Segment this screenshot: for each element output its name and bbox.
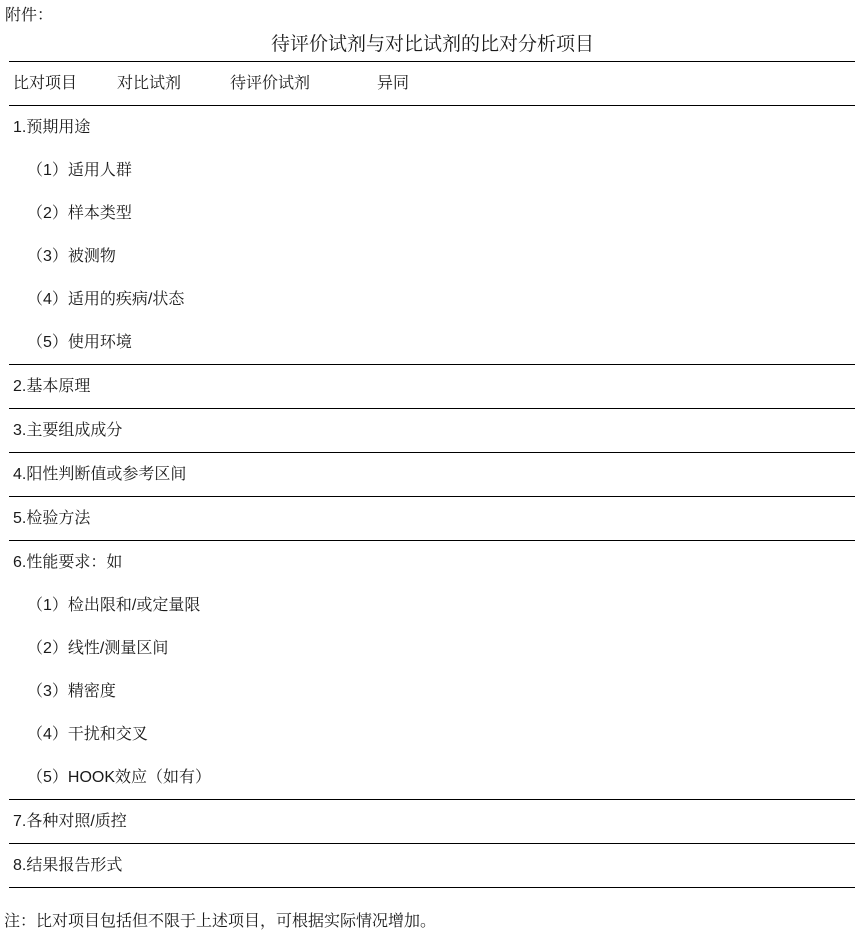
column-header-difference: 异同 — [377, 62, 409, 105]
column-header-comparison-item: 比对项目 — [13, 62, 77, 105]
table-row: 2.基本原理 — [9, 365, 855, 409]
row-subitem-label: （1）检出限和/或定量限 — [9, 584, 855, 627]
row-subitem-label: （5）HOOK效应（如有） — [9, 756, 855, 799]
row-item-label: 6.性能要求：如 — [9, 541, 855, 584]
table-header-row: 比对项目 对比试剂 待评价试剂 异同 — [9, 62, 855, 106]
row-subitem-label: （4）干扰和交叉 — [9, 713, 855, 756]
document-page: 附件： 待评价试剂与对比试剂的比对分析项目 比对项目 对比试剂 待评价试剂 异同… — [0, 0, 865, 949]
row-subitem-label: （5）使用环境 — [9, 321, 855, 364]
row-subitem-label: （3）精密度 — [9, 670, 855, 713]
comparison-table: 比对项目 对比试剂 待评价试剂 异同 1.预期用途（1）适用人群（2）样本类型（… — [9, 61, 855, 888]
table-row: 4.阳性判断值或参考区间 — [9, 453, 855, 497]
table-row: 8.结果报告形式 — [9, 844, 855, 888]
row-item-label: 7.各种对照/质控 — [9, 800, 855, 843]
attachment-label: 附件： — [5, 5, 53, 26]
table-row: 5.检验方法 — [9, 497, 855, 541]
row-subitem-label: （1）适用人群 — [9, 149, 855, 192]
column-header-comparator-reagent: 对比试剂 — [117, 62, 181, 105]
table-row: 7.各种对照/质控 — [9, 800, 855, 844]
row-subitem-label: （2）线性/测量区间 — [9, 627, 855, 670]
table-body: 1.预期用途（1）适用人群（2）样本类型（3）被测物（4）适用的疾病/状态（5）… — [9, 106, 855, 888]
column-header-evaluated-reagent: 待评价试剂 — [230, 62, 310, 105]
row-subitem-label: （2）样本类型 — [9, 192, 855, 235]
row-item-label: 5.检验方法 — [9, 497, 855, 540]
row-item-label: 3.主要组成成分 — [9, 409, 855, 452]
row-item-label: 4.阳性判断值或参考区间 — [9, 453, 855, 496]
page-title: 待评价试剂与对比试剂的比对分析项目 — [0, 32, 865, 57]
row-item-label: 8.结果报告形式 — [9, 844, 855, 887]
row-subitem-label: （4）适用的疾病/状态 — [9, 278, 855, 321]
table-row: 1.预期用途（1）适用人群（2）样本类型（3）被测物（4）适用的疾病/状态（5）… — [9, 106, 855, 365]
table-row: 6.性能要求：如（1）检出限和/或定量限（2）线性/测量区间（3）精密度（4）干… — [9, 541, 855, 800]
footnote: 注：比对项目包括但不限于上述项目，可根据实际情况增加。 — [4, 911, 436, 932]
row-item-label: 1.预期用途 — [9, 106, 855, 149]
row-subitem-label: （3）被测物 — [9, 235, 855, 278]
table-row: 3.主要组成成分 — [9, 409, 855, 453]
row-item-label: 2.基本原理 — [9, 365, 855, 408]
